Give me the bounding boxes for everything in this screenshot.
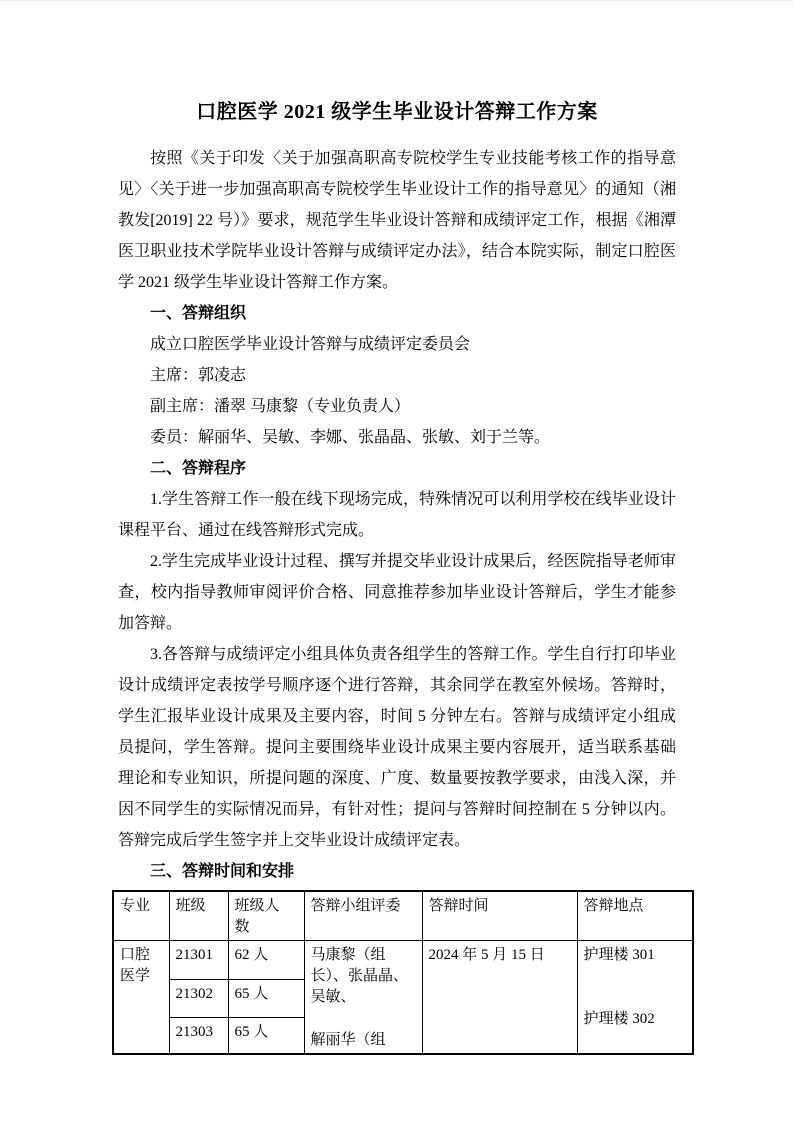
header-class: 班级 xyxy=(169,891,228,941)
document-title: 口腔医学 2021 级学生毕业设计答辩工作方案 xyxy=(118,97,676,127)
schedule-table-wrap: 专业 班级 班级人数 答辩小组评委 答辩时间 答辩地点 口腔医学 21301 6… xyxy=(112,890,676,1055)
location-room-1: 护理楼 301 xyxy=(584,945,688,966)
header-class-size-text: 班级人数 xyxy=(235,896,285,938)
section-3-heading: 三、答辩时间和安排 xyxy=(118,856,676,887)
section-1-heading: 一、答辩组织 xyxy=(118,298,676,329)
class-size-cell: 65 人 xyxy=(228,1018,304,1054)
header-location: 答辩地点 xyxy=(577,891,693,941)
class-size-cell: 65 人 xyxy=(228,979,304,1018)
class-cell: 21303 xyxy=(169,1018,228,1054)
procedure-paragraph-3: 3.各答辩与成绩评定小组具体负责各组学生的答辩工作。学生自行打印毕业设计成绩评定… xyxy=(118,639,676,856)
judges-group-1: 马康黎（组长）、张晶晶、吴敏、 xyxy=(311,945,417,1008)
table-row: 口腔医学 21301 62 人 马康黎（组长）、张晶晶、吴敏、 解丽华（组 20… xyxy=(113,941,693,980)
header-judges: 答辩小组评委 xyxy=(304,891,422,941)
location-cell: 护理楼 301 护理楼 302 xyxy=(577,941,693,1055)
major-cell: 口腔医学 xyxy=(113,941,169,1055)
header-major: 专业 xyxy=(113,891,169,941)
defense-time-cell: 2024 年 5 月 15 日 xyxy=(422,941,577,1055)
procedure-paragraph-1: 1.学生答辩工作一般在线下现场完成，特殊情况可以利用学校在线毕业设计课程平台、通… xyxy=(118,484,676,546)
chairman-line: 主席：郭凌志 xyxy=(118,360,676,391)
document-content: 口腔医学 2021 级学生毕业设计答辩工作方案 按照《关于印发〈关于加强高职高专… xyxy=(0,1,793,1055)
location-room-2: 护理楼 302 xyxy=(584,1009,688,1030)
table-header-row: 专业 班级 班级人数 答辩小组评委 答辩时间 答辩地点 xyxy=(113,891,693,941)
judges-cell: 马康黎（组长）、张晶晶、吴敏、 解丽华（组 xyxy=(304,941,422,1055)
judges-group-2: 解丽华（组 xyxy=(311,1030,417,1051)
committee-line: 成立口腔医学毕业设计答辩与成绩评定委员会 xyxy=(118,329,676,360)
class-cell: 21301 xyxy=(169,941,228,980)
header-time: 答辩时间 xyxy=(422,891,577,941)
class-cell: 21302 xyxy=(169,979,228,1018)
members-line: 委员：解丽华、吴敏、李娜、张晶晶、张敏、刘于兰等。 xyxy=(118,422,676,453)
document-page: 口腔医学 2021 级学生毕业设计答辩工作方案 按照《关于印发〈关于加强高职高专… xyxy=(0,0,793,1122)
section-2-heading: 二、答辩程序 xyxy=(118,453,676,484)
procedure-paragraph-2: 2.学生完成毕业设计过程、撰写并提交毕业设计成果后，经医院指导老师审查，校内指导… xyxy=(118,546,676,639)
intro-paragraph: 按照《关于印发〈关于加强高职高专院校学生专业技能考核工作的指导意见〉〈关于进一步… xyxy=(118,143,676,298)
header-class-size: 班级人数 xyxy=(228,891,304,941)
schedule-table: 专业 班级 班级人数 答辩小组评委 答辩时间 答辩地点 口腔医学 21301 6… xyxy=(112,890,694,1055)
vice-chairman-line: 副主席：潘翠 马康黎（专业负责人） xyxy=(118,391,676,422)
class-size-cell: 62 人 xyxy=(228,941,304,980)
